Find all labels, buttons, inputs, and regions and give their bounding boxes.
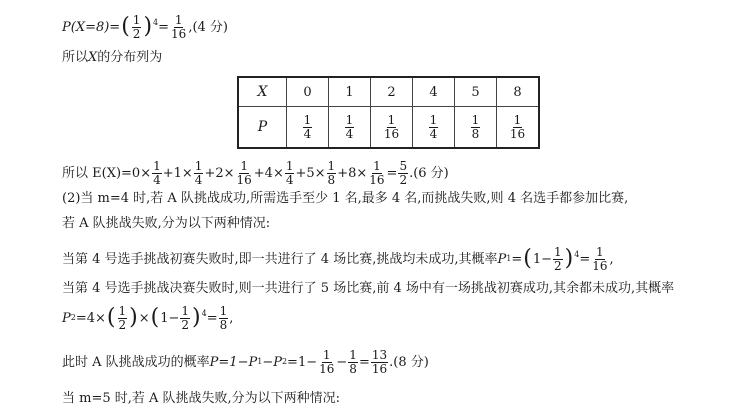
fraction: 52 (398, 160, 408, 186)
numerator: 1 (345, 114, 355, 128)
denominator: 2 (132, 28, 142, 41)
denominator: 8 (219, 319, 229, 332)
fraction: 116 (383, 114, 400, 140)
numerator: 1 (285, 160, 295, 174)
fraction: 18 (471, 114, 481, 140)
equals: = (207, 312, 218, 325)
denominator: 2 (553, 260, 563, 273)
text: 所以 (62, 51, 88, 64)
numerator: 1 (152, 160, 162, 174)
fraction: 14 (152, 160, 162, 186)
text: , (610, 253, 614, 266)
denominator: 16 (236, 174, 253, 187)
text: 所以 E(X)= (62, 167, 132, 180)
numerator: 1 (174, 14, 184, 28)
numerator: 1 (118, 305, 128, 319)
denominator: 16 (591, 260, 608, 273)
text: 当第 4 号选手挑战初赛失败时,即一共进行了 4 场比赛,挑战均未成功,其概率 (62, 253, 497, 266)
denominator: 8 (348, 363, 358, 376)
denominator: 4 (429, 128, 439, 141)
fraction: 116 (318, 349, 335, 375)
denominator: 16 (383, 128, 400, 141)
coef: +1× (163, 167, 193, 180)
variable: P (497, 253, 506, 266)
numerator: 1 (322, 349, 332, 363)
table-cell: 116 (371, 107, 413, 149)
text: 此时 A 队挑战成功的概率 (62, 356, 210, 369)
p2-line: P2 =4× ( 12 ) × ( 1− 12 ) 4 = 18 , (62, 305, 233, 331)
equals: = (359, 356, 370, 369)
numerator: 1 (327, 160, 337, 174)
paren-open: ( (151, 307, 160, 329)
variable: X (88, 51, 97, 64)
prob-lhs: P(X=8)= (62, 21, 120, 34)
denominator: 8 (327, 174, 337, 187)
fraction: 14 (345, 114, 355, 140)
denominator: 4 (285, 174, 295, 187)
distribution-intro: 所以 X 的分布列为 (62, 51, 162, 64)
paren-close: ) (565, 248, 574, 270)
text: 若 A 队挑战失败,分为以下两种情况: (62, 217, 270, 230)
paren-open: ( (523, 248, 532, 270)
expr: P=1−P (210, 356, 258, 369)
denominator: 4 (345, 128, 355, 141)
coef: +5× (295, 167, 325, 180)
numerator: 1 (429, 114, 439, 128)
score-note: ,(4 分) (188, 21, 228, 34)
numerator: 1 (372, 160, 382, 174)
distribution-table: X 0 1 2 4 5 8 P 14 14 116 14 18 116 (237, 76, 540, 149)
case1-line: 当第 4 号选手挑战初赛失败时,即一共进行了 4 场比赛,挑战均未成功,其概率 … (62, 246, 614, 272)
exponent: 4 (153, 19, 158, 27)
denominator: 16 (318, 363, 335, 376)
fraction: 116 (509, 114, 526, 140)
denominator: 16 (371, 363, 388, 376)
denominator: 4 (152, 174, 162, 187)
text: =4× (76, 312, 106, 325)
success-prob-line: 此时 A 队挑战成功的概率 P=1−P1 −P2 =1− 116 − 18 = … (62, 349, 429, 375)
coef: 0× (132, 167, 151, 180)
paren-close: ) (192, 307, 201, 329)
times: × (139, 312, 150, 325)
numerator: 1 (239, 160, 249, 174)
equals: = (579, 253, 590, 266)
table-cell: 116 (497, 107, 540, 149)
fraction: 1316 (371, 349, 388, 375)
numerator: 1 (387, 114, 397, 128)
fraction: 116 (368, 160, 385, 186)
case2-line: 当第 4 号选手挑战决赛失败时,则一共进行了 5 场比赛,前 4 场中有一场挑战… (62, 282, 674, 295)
row-header-p: P (238, 107, 287, 149)
prob-x8-line: P(X=8)= ( 12 ) 4 = 116 ,(4 分) (62, 14, 228, 40)
table-cell: 1 (329, 77, 371, 107)
table-cell: 2 (371, 77, 413, 107)
fraction: 12 (553, 246, 563, 272)
table-cell: 14 (287, 107, 329, 149)
table-cell: 18 (455, 107, 497, 149)
fraction: 14 (303, 114, 313, 140)
fraction: 14 (194, 160, 204, 186)
table-cell: 0 (287, 77, 329, 107)
fraction: 12 (180, 305, 190, 331)
denominator: 2 (118, 319, 128, 332)
paren-close: ) (129, 307, 138, 329)
score-note: .(8 分) (389, 356, 429, 369)
variable: P (62, 312, 71, 325)
fraction: 12 (118, 305, 128, 331)
denominator: 2 (398, 174, 408, 187)
text: , (229, 312, 233, 325)
numerator: 1 (471, 114, 481, 128)
denominator: 16 (509, 128, 526, 141)
table-cell: 4 (413, 77, 455, 107)
text: 当 m=5 时,若 A 队挑战失败,分为以下两种情况: (62, 392, 340, 405)
fraction: 12 (132, 14, 142, 40)
fraction: 18 (348, 349, 358, 375)
numerator: 1 (303, 114, 313, 128)
coef: +8× (337, 167, 367, 180)
part2-intro: (2)当 m=4 时,若 A 队挑战成功,所需选手至少 1 名,最多 4 名,而… (62, 192, 628, 205)
fraction: 116 (591, 246, 608, 272)
denominator: 2 (180, 319, 190, 332)
numerator: 1 (219, 305, 229, 319)
fraction: 18 (327, 160, 337, 186)
table-row-x: X 0 1 2 4 5 8 (238, 77, 539, 107)
numerator: 13 (371, 349, 388, 363)
exponent: 4 (202, 310, 207, 318)
text: 1− (533, 253, 552, 266)
text: (2)当 m=4 时,若 A 队挑战成功,所需选手至少 1 名,最多 4 名,而… (62, 192, 628, 205)
table-cell: 5 (455, 77, 497, 107)
score-note: .(6 分) (409, 167, 449, 180)
denominator: 16 (170, 28, 187, 41)
text: 1− (160, 312, 179, 325)
table-cell: 14 (413, 107, 455, 149)
table-cell: 14 (329, 107, 371, 149)
expectation-line: 所以 E(X)= 0× 14 +1× 14 +2× 116 +4× 14 +5×… (62, 160, 449, 186)
coef: +4× (254, 167, 284, 180)
row-header-x: X (238, 77, 287, 107)
numerator: 1 (180, 305, 190, 319)
numerator: 1 (132, 14, 142, 28)
fraction: 18 (219, 305, 229, 331)
denominator: 4 (303, 128, 313, 141)
table-cell: 8 (497, 77, 540, 107)
expr: −P (262, 356, 282, 369)
numerator: 1 (348, 349, 358, 363)
numerator: 1 (194, 160, 204, 174)
fail-cases-intro: 若 A 队挑战失败,分为以下两种情况: (62, 217, 270, 230)
equals: = (387, 167, 398, 180)
text: 当第 4 号选手挑战决赛失败时,则一共进行了 5 场比赛,前 4 场中有一场挑战… (62, 282, 674, 295)
denominator: 4 (194, 174, 204, 187)
coef: +2× (204, 167, 234, 180)
numerator: 1 (553, 246, 563, 260)
fraction: 116 (236, 160, 253, 186)
text: =1− (287, 356, 317, 369)
equals: = (158, 21, 169, 34)
m5-intro: 当 m=5 时,若 A 队挑战失败,分为以下两种情况: (62, 392, 340, 405)
paren-open: ( (107, 307, 116, 329)
equals: = (511, 253, 522, 266)
text: 的分布列为 (97, 51, 162, 64)
fraction: 14 (285, 160, 295, 186)
paren-open: ( (121, 16, 130, 38)
exponent: 4 (574, 251, 579, 259)
denominator: 8 (471, 128, 481, 141)
numerator: 1 (513, 114, 523, 128)
denominator: 16 (368, 174, 385, 187)
minus: − (336, 356, 347, 369)
table-row-p: P 14 14 116 14 18 116 (238, 107, 539, 149)
paren-close: ) (143, 16, 152, 38)
numerator: 5 (398, 160, 408, 174)
fraction: 14 (429, 114, 439, 140)
numerator: 1 (595, 246, 605, 260)
fraction: 116 (170, 14, 187, 40)
